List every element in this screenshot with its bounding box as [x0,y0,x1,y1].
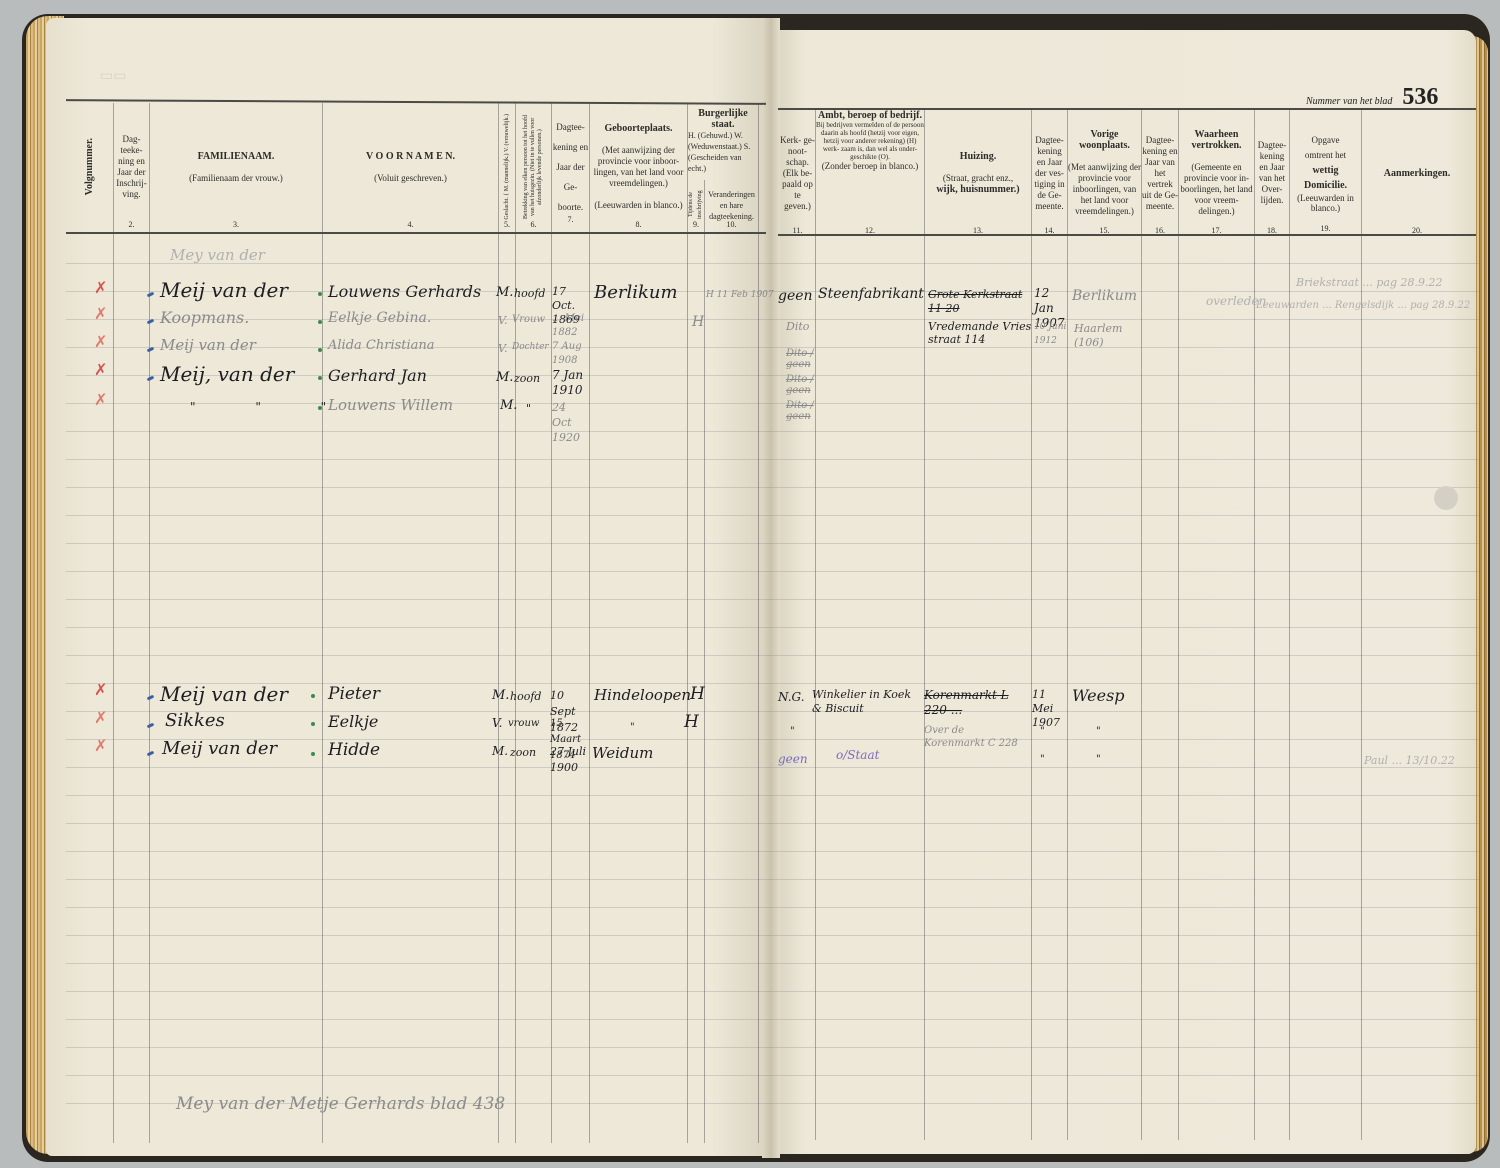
geboorte: 7 Aug 1908 [552,340,588,368]
geslacht: M. [496,370,513,385]
header-title: Burgerlijke staat. [688,108,758,130]
column-number: 16. [1142,225,1178,236]
col-line [1141,110,1142,1140]
header-label: omtrent het [1305,148,1346,163]
voornamen: Alida Christiana [328,338,435,353]
vorige-woonplaats: " [1096,754,1101,765]
huizing-old: Korenmarkt L 220 ... [924,688,1030,718]
betrekking: hoofd [510,690,541,703]
familienaam: Meij, van der [160,362,294,386]
col-line [322,103,323,1143]
header-beroep: Ambt, beroep of bedrijf. Bij bedrijven v… [816,110,924,236]
huizing-old: Grote Kerkstraat 11 20 [928,288,1030,316]
header-label: Kerk- ge- noot- schap. (Elk be- paald op… [780,135,815,212]
ghost-stamp: ▭▭ [100,68,126,85]
voornamen: Pieter [328,684,380,704]
geboorte: 7 Jan 1910 [552,368,588,398]
header-label: Volgnummer. [85,138,94,195]
column-number: 15. [1068,225,1141,236]
column-number: 13. [925,225,1031,236]
geslacht: M. [496,285,513,300]
burgerlijke-staat: H [690,684,705,704]
header-title: Vorige woonplaats. [1068,129,1141,151]
col-line [1067,110,1068,1140]
voornamen: Eelkje Gebina. [328,310,431,326]
column-number: 11. [780,225,815,236]
column-number: 2. [114,219,149,230]
kerk: geen [778,752,808,766]
column-number: 6. [516,219,551,230]
geboorte: ... Mei 1882 [552,312,588,340]
header-subtitle: (Met aanwijzing der provincie voor inboo… [1068,162,1141,217]
col-line [924,110,925,1140]
header-label: Dagtee- kening en Jaar der ves- tiging i… [1032,135,1067,212]
header-note: (Leeuwarden in blanco.) [1290,193,1361,213]
vorige-woonplaats: Haarlem (106) [1074,322,1140,350]
aanmerkingen: Paul ... 13/10.22 [1364,754,1455,767]
header-huizing: Huizing. (Straat, gracht enz., wijk, hui… [925,110,1031,236]
col-line [815,110,816,1140]
vestiging: 11 Mei 1907 [1032,688,1068,730]
green-tick [318,376,322,380]
header-domicilie: Opgave omtrent het wettig Domicilie. (Le… [1290,110,1361,236]
page-number-value: 536 [1402,84,1438,110]
vorige-woonplaats: Weesp [1072,686,1125,705]
familienaam: Koopmans. [160,308,249,327]
footer-note: Mey van der Metje Gerhards blad 438 [176,1094,505,1114]
voornamen: Louwens Willem [328,396,453,414]
header-vestiging: Dagtee- kening en Jaar der ves- tiging i… [1032,110,1067,236]
header-voornamen: V O O R N A M E N. (Voluit geschreven.) … [323,104,498,230]
header-label: Dagtee- kening en Jaar der Ge- boorte. [552,117,589,217]
kerk: geen [778,288,813,304]
header-label: Veranderingen en hare dagteekening. [705,189,758,222]
header-title: Geboorteplaats. [604,123,672,134]
aanmerkingen: Briekstraat ... pag 28.9.22 [1296,276,1443,289]
betrekking: hoofd [514,287,545,300]
header-subtitle: (Met aanwijzing der provincie voor inboo… [590,145,687,189]
column-number: 7. [552,210,589,230]
column-number: 17. [1179,225,1254,236]
header-bottom-rule [66,232,766,234]
vestiging: 10 Juni 1912 [1034,320,1068,348]
column-number: 19. [1290,221,1361,236]
cross-mark: ✗ [94,304,107,323]
vestiging: " [1040,754,1045,765]
column-number: 20. [1362,225,1472,236]
header-geboorte: Dagtee- kening en Jaar der Ge- boorte. 7… [552,104,589,230]
green-tick [311,722,315,726]
header-note: (Zonder beroep in blanco.) [822,161,918,172]
header-subtitle: (Voluit geschreven.) [374,173,447,184]
header-dagteekening-inschrijving: Dag- teeke- ning en Jaar der Inschrij- v… [114,104,149,230]
header-title: FAMILIENAAM. [198,151,275,162]
familienaam: Meij van der [160,336,256,354]
geslacht: M. [492,688,509,703]
header-subtitle: Bij bedrijven vermelden of de persoon da… [816,121,924,161]
green-tick [318,292,322,296]
cross-mark: ✗ [94,708,107,727]
vorige-woonplaats: " [1096,726,1101,737]
burgerlijke-staat: H [692,314,704,330]
col-line [1254,110,1255,1140]
header-subtitle: (Familienaam der vrouw.) [189,173,283,184]
header-legend: H. (Gehuwd.) W. (Weduwenstaat.) S. (Gesc… [688,130,758,174]
col-line [551,103,552,1143]
header-label: Opgave [1312,133,1340,148]
header-label: Dagtee- kening en Jaar van het Over- lij… [1255,140,1289,206]
green-tick [311,752,315,756]
col-line [687,103,688,1143]
geslacht: M. [492,744,508,758]
header-waarheen: Waarheen vertrokken. (Gemeente en provin… [1179,110,1254,236]
page-number-label: Nummer van het blad [1306,96,1392,107]
geboorte: 24 Oct 1920 [552,400,588,445]
vorige-woonplaats: Berlikum [1072,288,1137,304]
column-number: 9. [688,219,704,230]
header-vertrek: Dagtee- kening en Jaar van het vertrek u… [1142,110,1178,236]
header-label: Betrekking van elken persoon tot het hoo… [523,112,544,222]
header-label: Geslacht. { M. (mannelijk.) V. (vrouweli… [504,114,511,220]
voornamen: Louwens Gerhards [328,282,481,301]
geboorteplaats: " [630,722,635,733]
cross-mark: ✗ [94,360,107,379]
geboorteplaats: Weidum [592,744,653,762]
geslacht: V. [498,314,508,327]
geslacht: V. [498,342,508,355]
huizing-new: Vredemande Vries straat 114 [928,320,1032,346]
page-number: Nummer van het blad 536 [1306,84,1438,111]
geslacht: M. [500,398,517,413]
voornamen: Gerhard Jan [328,366,427,385]
header-geboorteplaats: Geboorteplaats. (Met aanwijzing der prov… [590,104,687,230]
column-number: 4. [323,219,498,230]
header-title: Ambt, beroep of bedrijf. [818,110,922,121]
kerk: " [790,726,795,737]
green-tick [311,694,315,698]
col-line [498,103,499,1143]
familienaam: Meij van der [160,682,288,706]
column-number: 5. [499,219,515,230]
header-veranderingen: Veranderingen en hare dagteekening. 10. [705,180,758,230]
cross-mark: ✗ [94,278,107,297]
beroep: o/Staat [836,748,879,762]
kerk: N.G. [778,690,805,704]
header-note: wijk, huisnummer.) [936,184,1019,195]
kerk: Dito / geen [786,400,816,422]
geboorte: 27 Juli 1900 [550,744,588,776]
beroep: Winkelier in Koek & Biscuit [812,688,922,716]
column-number: 18. [1255,225,1289,236]
green-tick [318,320,322,324]
column-number: 14. [1032,225,1067,236]
betrekking: Vrouw [512,314,545,325]
geboorteplaats: Hindeloopen [594,686,691,704]
header-aanmerkingen: Aanmerkingen. 20. [1362,110,1472,236]
column-number: 8. [590,219,687,230]
cross-mark: ✗ [94,680,107,699]
kerk: Dito / geen [786,348,816,370]
column-number: 12. [816,225,924,236]
header-subtitle: (Gemeente en provincie voor in- boorling… [1179,162,1254,217]
familienaam: Meij van der [162,738,277,759]
header-title: Aanmerkingen. [1384,168,1450,179]
col-line [758,103,759,1143]
col-line [1289,110,1290,1140]
vestiging: " [1040,726,1045,737]
header-vorige-woonplaats: Vorige woonplaats. (Met aanwijzing der p… [1068,110,1141,236]
geslacht: V. [492,716,502,730]
header-kerkgenootschap: Kerk- ge- noot- schap. (Elk be- paald op… [780,110,815,236]
header-label: wettig [1312,163,1338,178]
header-volgnummer: Volgnummer. [66,104,113,230]
cross-mark: ✗ [94,332,107,351]
column-number: 10. [705,219,758,230]
header-tijdens-inschrijving: Tijdens de inschrijving 9. [688,180,704,230]
header-label: Dagtee- kening en Jaar van het vertrek u… [1142,135,1178,212]
veranderingen: H 11 Feb 1907 [706,290,774,300]
green-tick [318,348,322,352]
col-line [515,103,516,1143]
voornamen: Eelkje [328,712,378,731]
header-subtitle: (Straat, gracht enz., [943,173,1013,184]
col-line [1178,110,1179,1140]
header-title: V O O R N A M E N. [366,151,455,162]
paper-stain [1434,486,1458,510]
header-betrekking: Betrekking van elken persoon tot het hoo… [516,104,551,230]
geboorteplaats: Berlikum [594,282,678,303]
column-number: 3. [150,219,322,230]
header-label: Domicilie. [1304,178,1347,193]
kerk: Dito / geen [786,374,816,396]
betrekking: " [526,402,531,415]
burgerlijke-staat: H [684,712,699,732]
betrekking: zoon [514,372,540,385]
header-note: (Leeuwarden in blanco.) [594,200,682,211]
header-familienaam: FAMILIENAAM. (Familienaam der vrouw.) 3. [150,104,322,230]
betrekking: vrouw [508,718,539,729]
header-title: Huizing. [960,151,996,162]
col-line [1031,110,1032,1140]
col-line [149,103,150,1143]
header-label: Dag- teeke- ning en Jaar der Inschrij- v… [114,134,149,200]
betrekking: zoon [510,746,536,759]
col-line [113,103,114,1143]
cross-mark: ✗ [94,390,107,409]
above-note: Mey van der [170,246,265,264]
cross-mark: ✗ [94,736,107,755]
header-geslacht: Geslacht. { M. (mannelijk.) V. (vrouweli… [499,104,515,230]
huizing-new: Over de Korenmarkt C 228 [924,724,1024,750]
beroep: Steenfabrikant [818,286,924,302]
col-line [1361,110,1362,1140]
aanmerkingen: Leeuwarden ... Rengelsdijk ... pag 28.9.… [1256,298,1476,314]
header-title: Waarheen vertrokken. [1179,129,1254,151]
col-line [589,103,590,1143]
green-tick [318,406,322,410]
kerk: Dito [786,320,809,333]
familienaam: Sikkes [165,710,225,731]
familienaam: Meij van der [160,278,288,302]
betrekking: Dochter [512,342,549,352]
voornamen: Hidde [328,740,380,760]
header-overlijden: Dagtee- kening en Jaar van het Over- lij… [1255,110,1289,236]
